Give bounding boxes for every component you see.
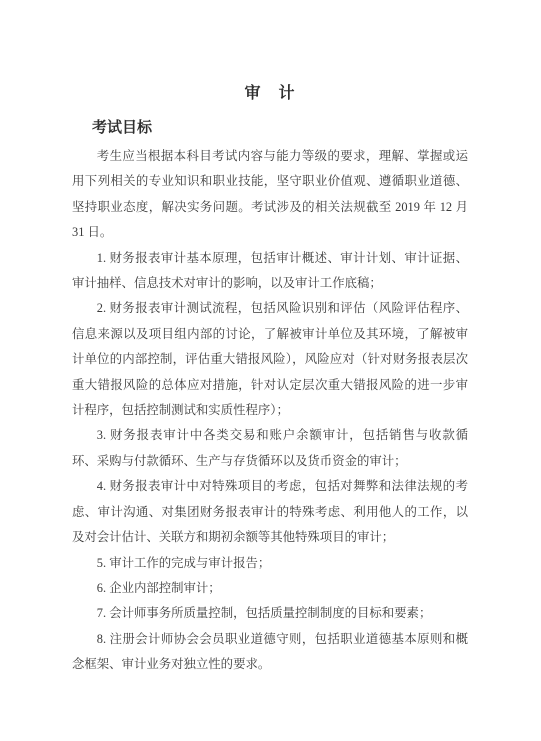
- paragraph: 4. 财务报表审计中对特殊项目的考虑，包括对舞弊和法律法规的考虑、审计沟通、对集…: [72, 474, 468, 550]
- paragraph: 3. 财务报表审计中各类交易和账户余额审计，包括销售与收款循环、采购与付款循环、…: [72, 423, 468, 474]
- paragraph: 7. 会计师事务所质量控制，包括质量控制制度的目标和要素；: [72, 601, 468, 626]
- section-heading-exam-objectives: 考试目标: [92, 120, 468, 136]
- paragraph: 5. 审计工作的完成与审计报告；: [72, 551, 468, 576]
- paragraph: 6. 企业内部控制审计；: [72, 576, 468, 601]
- document-page: 审 计 考试目标 考生应当根据本科目考试内容与能力等级的要求，理解、掌握或运用下…: [0, 0, 541, 741]
- paragraph: 2. 财务报表审计测试流程，包括风险识别和评估（风险评估程序、信息来源以及项目组…: [72, 296, 468, 423]
- paragraph: 8. 注册会计师协会会员职业道德守则，包括职业道德基本原则和概念框架、审计业务对…: [72, 627, 468, 678]
- paragraph: 考生应当根据本科目考试内容与能力等级的要求，理解、掌握或运用下列相关的专业知识和…: [72, 144, 468, 246]
- page-title: 审 计: [72, 84, 468, 104]
- exam-objectives-text: 考生应当根据本科目考试内容与能力等级的要求，理解、掌握或运用下列相关的专业知识和…: [72, 144, 468, 678]
- paragraph: 1. 财务报表审计基本原理，包括审计概述、审计计划、审计证据、审计抽样、信息技术…: [72, 246, 468, 297]
